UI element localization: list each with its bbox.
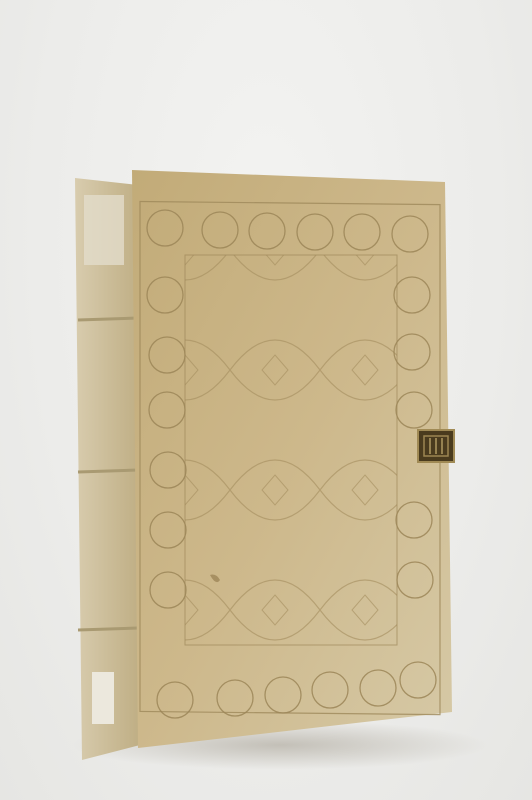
- book-illustration: [0, 0, 532, 800]
- clasp-icon: [418, 430, 454, 462]
- book-cover: [132, 170, 452, 748]
- book-spine: [75, 178, 140, 760]
